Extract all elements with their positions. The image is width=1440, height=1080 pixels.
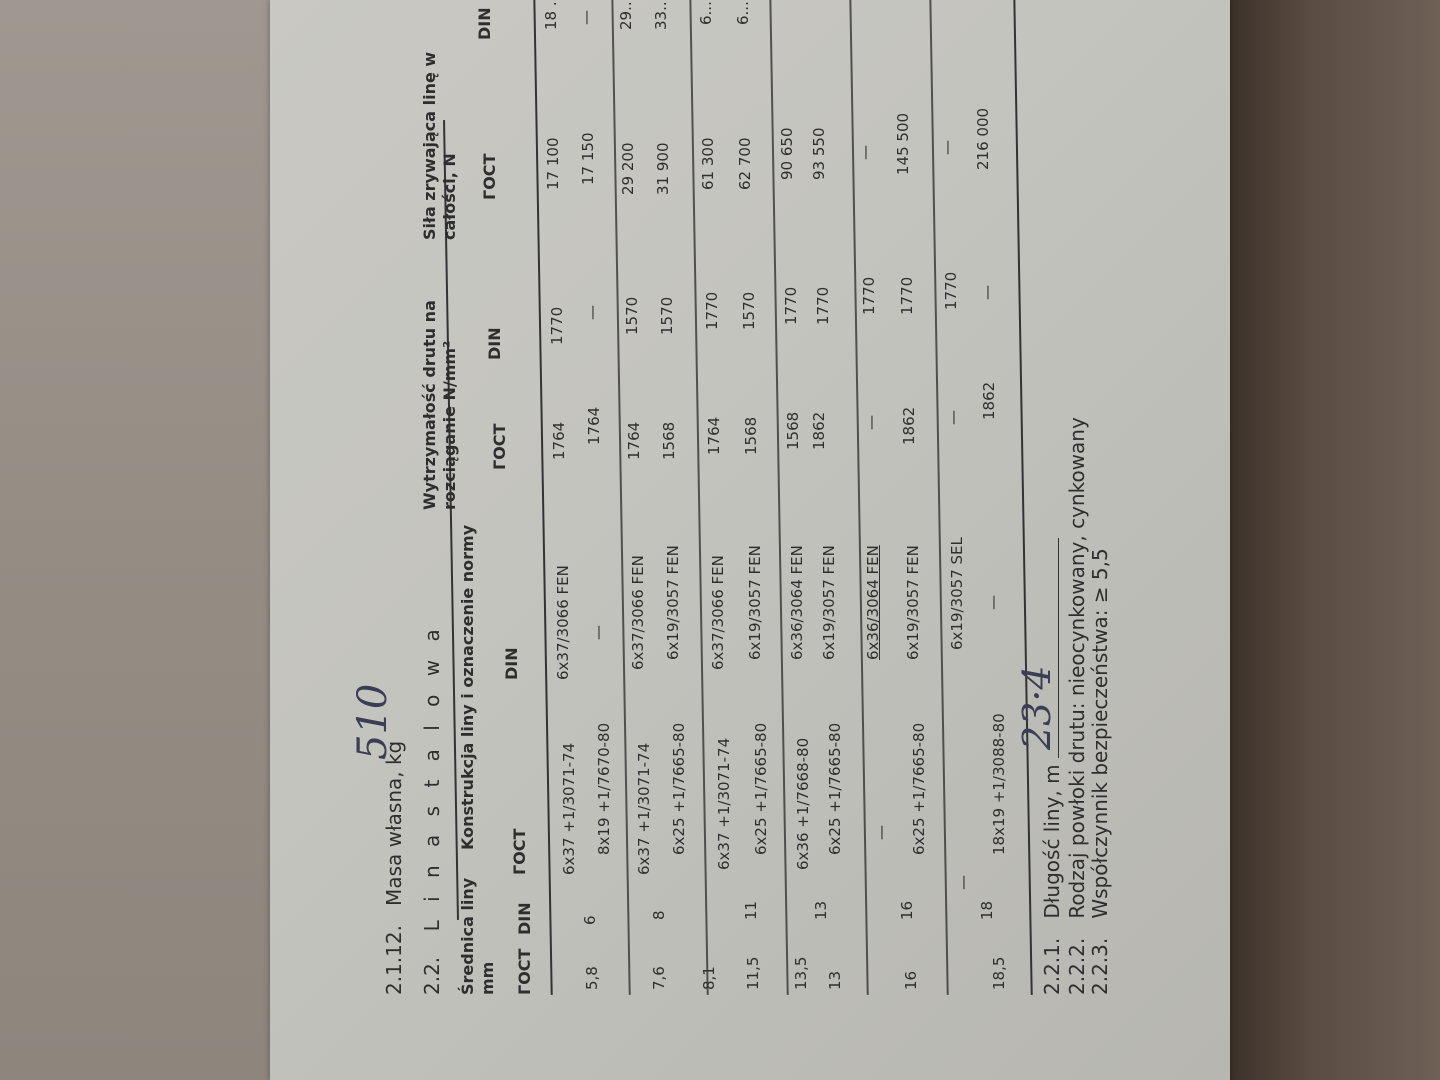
- cell-diameter-gost: 7,6: [650, 966, 668, 990]
- cell-strength-gost: 1862: [900, 407, 918, 445]
- cell-strength-gost: 1568: [784, 412, 802, 450]
- cell-strength-gost: —: [944, 410, 962, 425]
- cell-construction-din: —: [589, 625, 607, 640]
- footer-safety-label: Współczynnik bezpieczeństwa: ≥ 5,5: [1088, 548, 1112, 918]
- cell-construction-din: 6x36/3064 FEN: [864, 545, 882, 660]
- cell-strength-gost: 1568: [742, 417, 760, 455]
- footer-safety-number: 2.2.3.: [1088, 938, 1112, 995]
- footer-length-label: Długość liny, m: [1040, 764, 1064, 918]
- cell-diameter-din: 16: [898, 901, 916, 920]
- cell-strength-gost: 1764: [705, 417, 723, 455]
- section-number: 2.2.: [420, 957, 444, 995]
- cell-diameter-gost: 13: [826, 971, 844, 990]
- cell-construction-din: 6x37/3066 FEN: [629, 555, 647, 670]
- subheader-gost-diameter: ГОСТ: [515, 949, 534, 995]
- cell-force-gost: 61 300: [699, 138, 717, 191]
- cell-strength-din: 1570: [623, 297, 641, 335]
- header-diameter-unit: mm: [478, 962, 497, 995]
- cell-force-din: 29...: [617, 0, 635, 30]
- cell-strength-din: 1770: [942, 272, 960, 310]
- section-title-text: L i n a s t a l o w a: [420, 623, 444, 931]
- cell-construction-gost: 6x37 +1/3071-74: [560, 743, 578, 875]
- subheader-gost-force: ГОСТ: [480, 154, 499, 200]
- dark-background: [1225, 0, 1440, 1080]
- cell-construction-gost: —: [954, 875, 972, 890]
- cell-force-din: 33...: [652, 0, 670, 30]
- cell-diameter-gost: 11,5: [744, 957, 762, 990]
- cell-strength-gost: —: [862, 415, 880, 430]
- cell-construction-din: 6x19/3057 FEN: [746, 545, 764, 660]
- cell-strength-gost: 1764: [585, 407, 603, 445]
- cell-strength-gost: 1568: [660, 422, 678, 460]
- cell-diameter-gost: 16: [902, 971, 920, 990]
- cell-strength-din: 1770: [814, 287, 832, 325]
- cell-construction-gost: 8x19 +1/7670-80: [595, 723, 613, 855]
- cell-diameter-din: 6: [581, 915, 599, 925]
- length-handwritten-value: 23·4: [1015, 665, 1059, 750]
- subheader-din-diameter: DIN: [515, 902, 534, 935]
- cell-force-gost: 145 500: [894, 113, 912, 175]
- table-bottom-rule: [1013, 0, 1032, 995]
- cell-strength-din: 1770: [548, 307, 566, 345]
- cell-force-din: 18 ...: [542, 0, 560, 30]
- cell-force-gost: 90 650: [778, 128, 796, 181]
- cell-construction-din: 6x19/3057 FEN: [904, 545, 922, 660]
- cell-strength-gost: 1764: [625, 422, 643, 460]
- cell-diameter-din: 13: [812, 901, 830, 920]
- header-diameter: Średnica liny: [458, 878, 477, 995]
- cell-diameter-gost: 13,5: [792, 957, 810, 990]
- cell-construction-din: 6x37/3066 FEN: [709, 555, 727, 670]
- mass-handwritten-value: 510: [350, 684, 396, 760]
- cell-force-gost: —: [938, 140, 956, 155]
- cell-strength-gost: 1862: [810, 412, 828, 450]
- cell-strength-din: 1570: [658, 297, 676, 335]
- cell-construction-din: 6x19/3057 FEN: [664, 545, 682, 660]
- footer-safety: 2.2.3. Współczynnik bezpieczeństwa: ≥ 5,…: [1088, 548, 1112, 995]
- header-strength: Wytrzymałość drutu na rozciąganie N/mm²: [420, 270, 460, 510]
- cell-diameter-gost: 8,1: [700, 966, 718, 990]
- paper-sheet: 2.1.12. Masa własna, kg 510 2.2. L i n a…: [270, 0, 1230, 1080]
- wooden-background: [0, 0, 275, 1080]
- cell-strength-din: 1770: [782, 287, 800, 325]
- subheader-gost-construction: ГОСТ: [510, 829, 529, 875]
- cell-diameter-gost: 5,8: [583, 966, 601, 990]
- cell-construction-din: 6x37/3066 FEN: [554, 565, 572, 680]
- cell-diameter-din: 18: [978, 901, 996, 920]
- subheader-din-force: DIN: [475, 7, 494, 40]
- cell-strength-din: —: [978, 285, 996, 300]
- mass-number: 2.1.12.: [382, 925, 406, 995]
- cell-force-gost: 17 150: [579, 133, 597, 186]
- cell-strength-din: 1770: [860, 277, 878, 315]
- footer-coating-label: Rodzaj powłoki drutu: nieocynkowany, cyn…: [1065, 417, 1089, 918]
- cell-force-din: —: [577, 10, 595, 25]
- header-construction: Konstrukcja liny i oznaczenie normy: [458, 525, 477, 850]
- subheader-din-strength: DIN: [485, 327, 504, 360]
- cell-diameter-din: 8: [650, 910, 668, 920]
- section-title: 2.2. L i n a s t a l o w a: [420, 623, 444, 995]
- cell-construction-din: 6x36/3064 FEN: [788, 545, 806, 660]
- cell-diameter-gost: 18,5: [990, 957, 1008, 990]
- mass-line: 2.1.12. Masa własna, kg: [382, 741, 406, 995]
- cell-force-gost: 62 700: [736, 138, 754, 191]
- cell-construction-gost: 6x37 +1/3071-74: [635, 743, 653, 875]
- cell-strength-gost: 1862: [980, 382, 998, 420]
- cell-force-gost: 31 900: [654, 143, 672, 196]
- cell-force-gost: 29 200: [619, 143, 637, 196]
- subheader-gost-strength: ГОСТ: [490, 424, 509, 470]
- cell-construction-gost: 6x36 +1/7668-80: [794, 738, 812, 870]
- footer-coating: 2.2.2. Rodzaj powłoki drutu: nieocynkowa…: [1065, 417, 1089, 995]
- footer-length-number: 2.2.1.: [1040, 938, 1064, 995]
- cell-force-gost: 17 100: [544, 138, 562, 191]
- cell-construction-din: —: [984, 595, 1002, 610]
- cell-strength-din: 1770: [703, 292, 721, 330]
- footer-length: 2.2.1. Długość liny, m: [1040, 538, 1064, 995]
- cell-force-din: 6...: [697, 1, 715, 25]
- cell-construction-din: 6x19/3057 SEL: [948, 537, 966, 650]
- rotated-document: 2.1.12. Masa własna, kg 510 2.2. L i n a…: [270, 0, 1230, 1080]
- cell-strength-din: 1770: [898, 277, 916, 315]
- cell-construction-gost: —: [872, 825, 890, 840]
- cell-strength-din: —: [583, 305, 601, 320]
- cell-construction-gost: 18x19 +1/3088-80: [990, 713, 1008, 855]
- cell-force-gost: 216 000: [974, 108, 992, 170]
- cell-strength-din: 1570: [740, 292, 758, 330]
- subheader-din-construction: DIN: [502, 647, 521, 680]
- footer-coating-number: 2.2.2.: [1065, 938, 1089, 995]
- cell-force-din: 6...: [734, 1, 752, 25]
- cell-force-gost: 93 550: [810, 128, 828, 181]
- cell-construction-din: 6x19/3057 FEN: [820, 545, 838, 660]
- cell-diameter-din: 11: [742, 901, 760, 920]
- cell-construction-gost: 6x25 +1/7665-80: [910, 723, 928, 855]
- cell-construction-gost: 6x37 +1/3071-74: [715, 738, 733, 870]
- cell-construction-gost: 6x25 +1/7665-80: [670, 723, 688, 855]
- mass-label: Masa własna, kg: [382, 741, 406, 906]
- cell-construction-gost: 6x25 +1/7665-80: [826, 723, 844, 855]
- header-top-rule: [443, 120, 458, 920]
- cell-construction-gost: 6x25 +1/7665-80: [752, 723, 770, 855]
- cell-force-gost: —: [856, 145, 874, 160]
- header-breaking-force: Siła zrywająca linę w całości, N: [420, 20, 460, 240]
- cell-strength-gost: 1764: [550, 422, 568, 460]
